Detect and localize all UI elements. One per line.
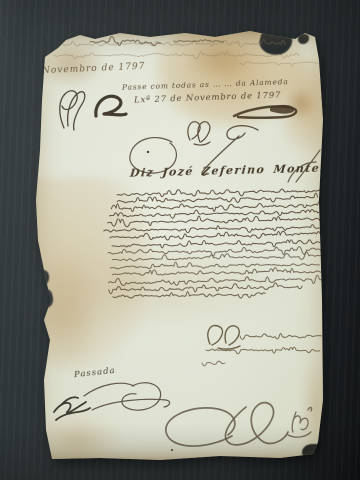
despacho-initials: [208, 326, 240, 350]
manuscript-paper: Novembro de 1797 Passe com todas as … … …: [34, 30, 326, 462]
tear-hole-top-right: [257, 24, 295, 59]
grand-flourish-mo: [288, 407, 312, 437]
petition-opening-line: Diz Jozé Zeferino Monteiro: [129, 161, 342, 180]
stain-bottomleft-corner: [30, 414, 122, 468]
docket-date-line: Novembro de 1797: [42, 62, 146, 77]
passada-signature: [84, 383, 170, 410]
grant-line: Passe com todas as … … da Alameda: [122, 77, 289, 92]
stain-bottom-edge: [42, 450, 322, 464]
stain-right-lower: [300, 356, 330, 460]
stain-topleft-tear: [34, 36, 106, 88]
place-date-line: Lxª 27 de Novembro de 1797: [134, 90, 282, 105]
oval-loop-dot: [147, 151, 149, 153]
small-monogram: [188, 122, 210, 145]
stain-right-edge-dark: [286, 88, 314, 120]
stain-right-edge: [276, 56, 330, 160]
passe-tail-flourish: [234, 106, 296, 117]
tear-notch-top-right: [298, 34, 309, 44]
passada-label: Passada: [74, 366, 117, 380]
rubric-flourish: [60, 91, 85, 130]
stain-top-centre-dark: [184, 36, 256, 80]
tear-notch-left-1: [33, 268, 51, 289]
stain-top-edge: [34, 25, 326, 43]
photo-backdrop: Novembro de 1797 Passe com todas as … … …: [0, 0, 360, 480]
grand-flourish-c: [166, 408, 235, 446]
stain-left-large: [26, 178, 150, 370]
grand-flourish-x: [225, 403, 288, 445]
tear-notch-left-2: [36, 287, 55, 309]
ink-dot-bottom: [171, 449, 173, 451]
stain-left-lower-dark: [28, 258, 102, 370]
passe-tail-blob: [270, 105, 294, 114]
tear-nick-bottom-right: [302, 444, 324, 461]
bold-paraph: [96, 96, 126, 116]
manuscript-paper-wrap: Novembro de 1797 Passe com todas as … … …: [34, 30, 326, 462]
stain-body-band: [28, 244, 290, 330]
left-scribble: [54, 397, 90, 420]
